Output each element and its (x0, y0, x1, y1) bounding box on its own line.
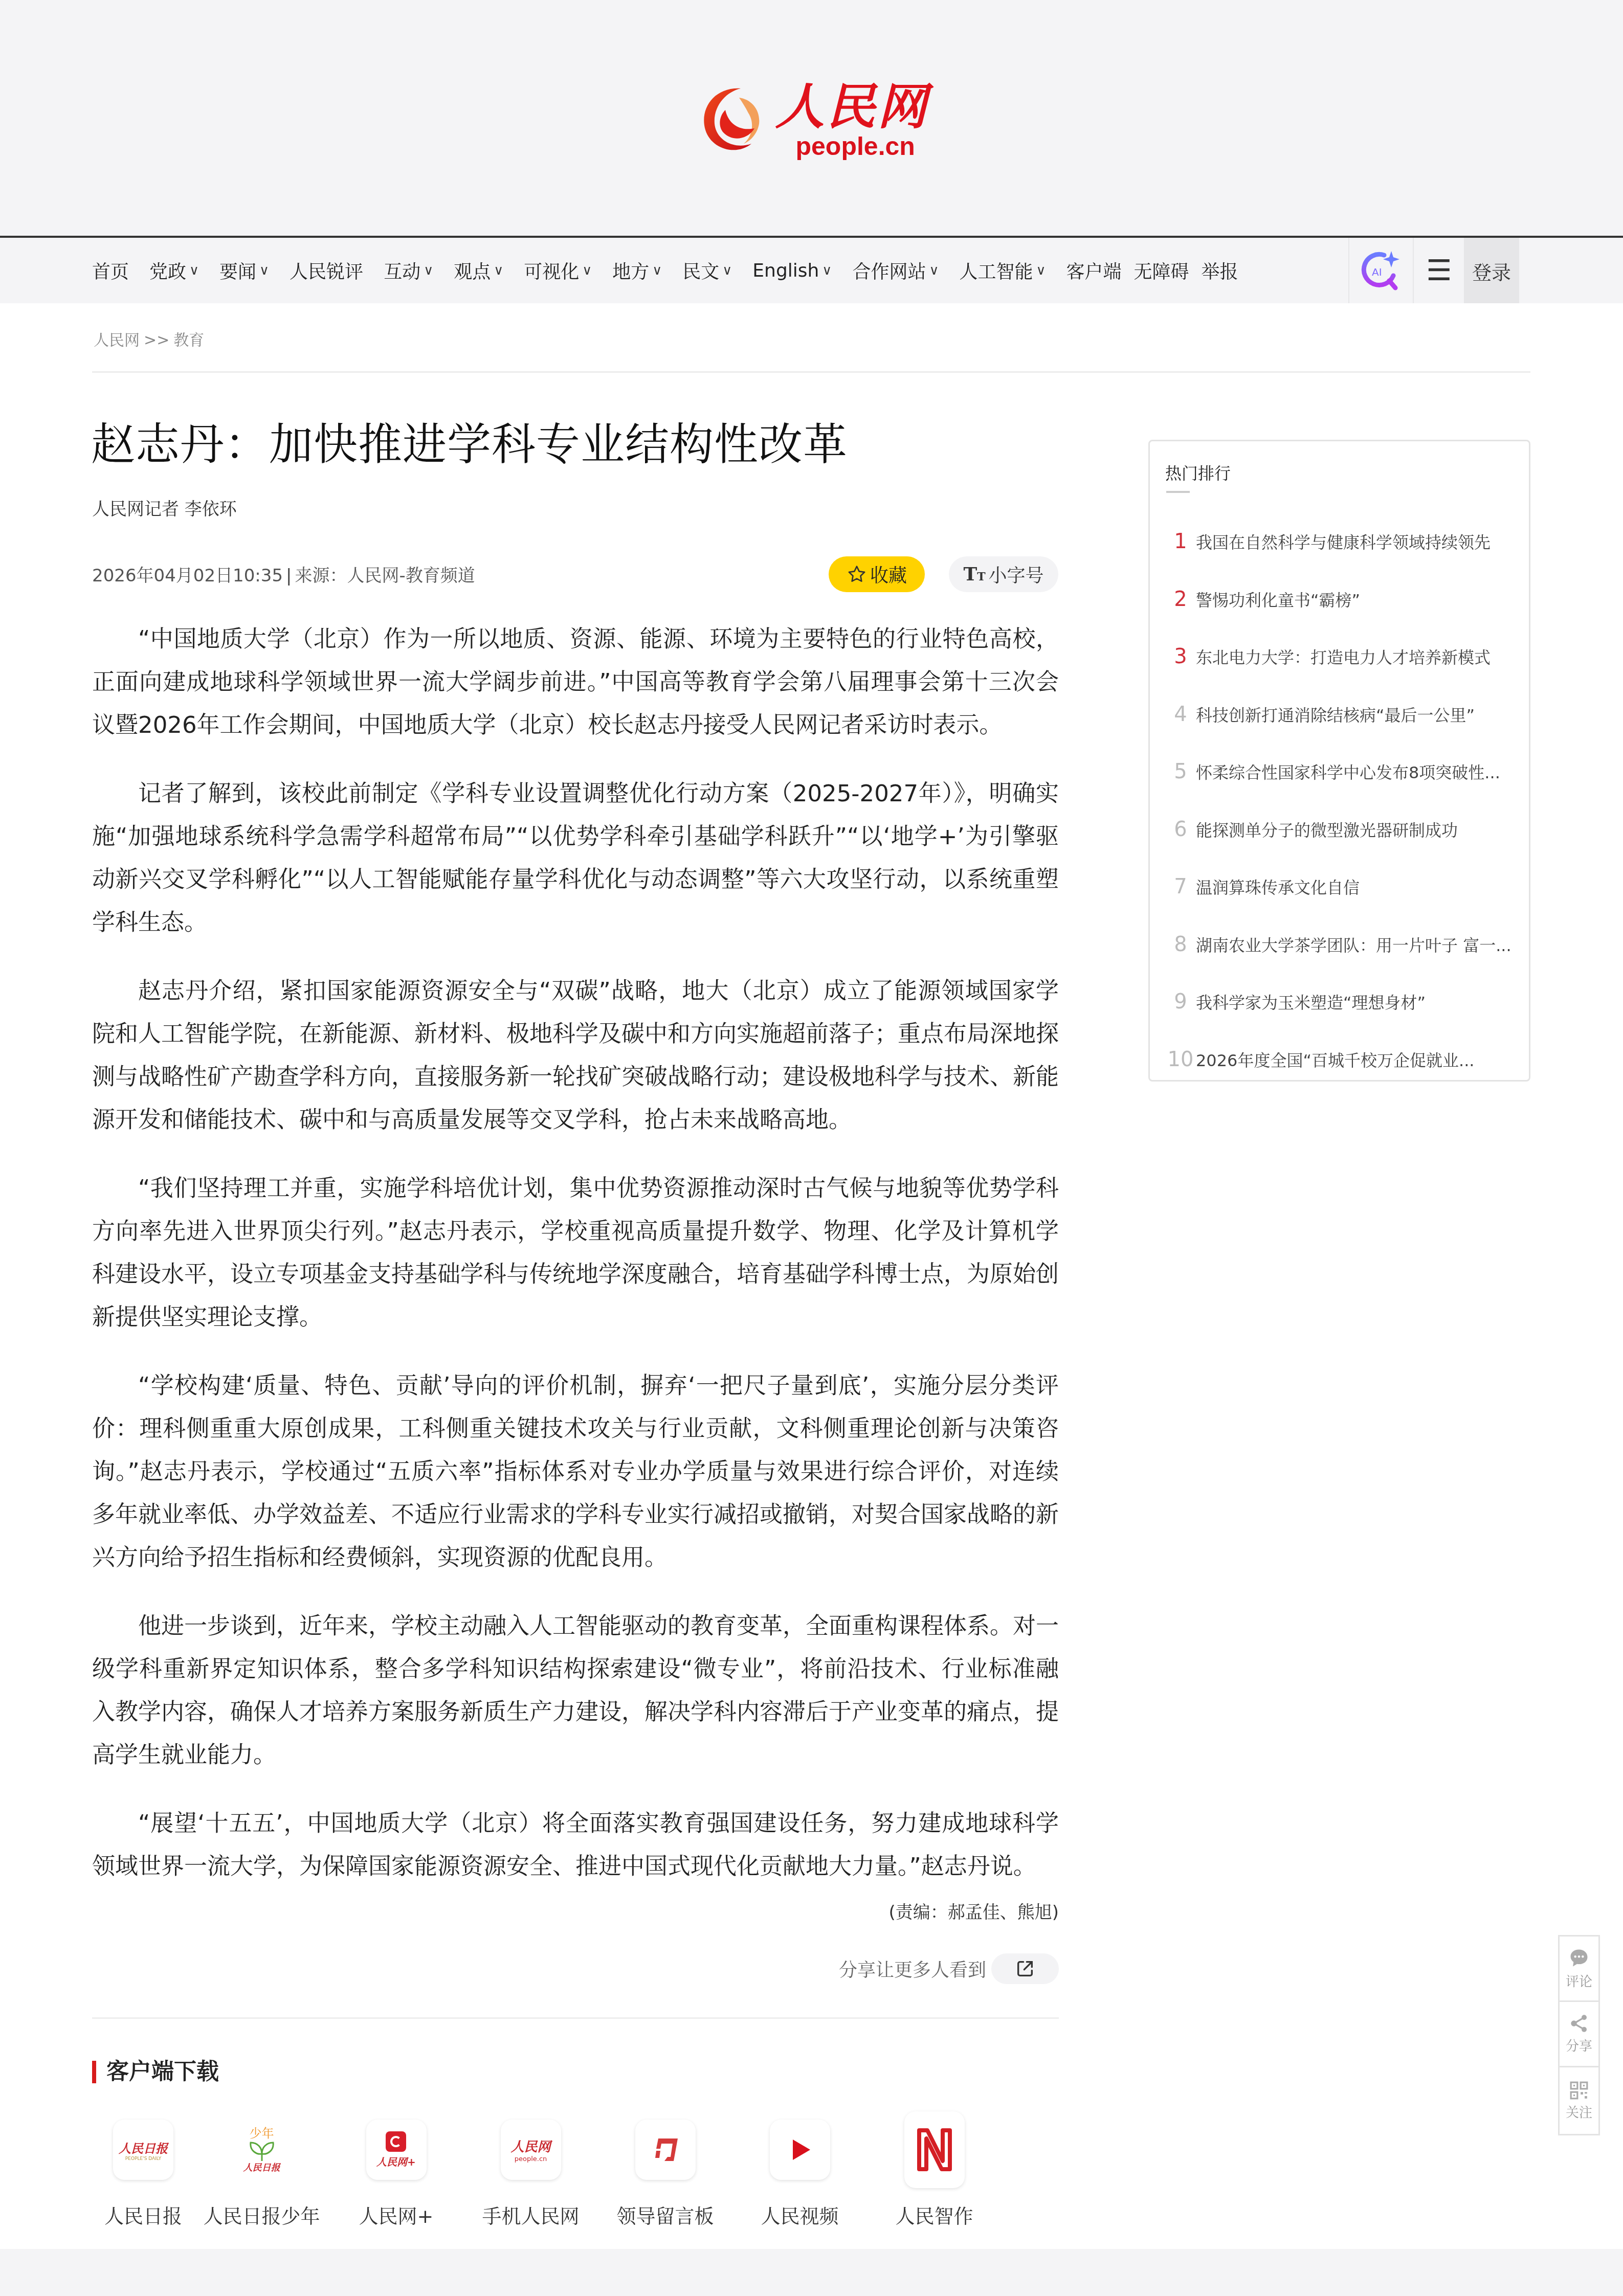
nav-item-home[interactable]: 首页 (92, 258, 129, 284)
nav-tools: AI ☰ 登录 (1348, 238, 1519, 303)
ai-search-button[interactable]: AI (1348, 238, 1413, 303)
nav-item-client[interactable]: 客户端 (1066, 258, 1121, 284)
chevron-down-icon: ∨ (189, 263, 199, 278)
nav-label: 合作网站 (852, 258, 926, 284)
nav-item-opinion[interactable]: 观点∨ (454, 258, 503, 284)
breadcrumb: 人民网>>教育 (94, 327, 204, 350)
breadcrumb-separator: >> (144, 331, 169, 349)
nav-label: 可视化 (524, 258, 579, 284)
qr-code-icon (1569, 2081, 1589, 2100)
hot-item[interactable]: 3东北电力大学：打造电力人才培养新模式 (1150, 628, 1529, 686)
nav-item-ethnic[interactable]: 民文∨ (682, 258, 732, 284)
people-ai-create-icon (904, 2111, 965, 2188)
follow-button[interactable]: 关注 (1560, 2067, 1598, 2134)
hot-ranking-title: 热门排行 (1165, 461, 1231, 484)
app-label: 人民智作 (895, 2200, 973, 2229)
sprout-icon (247, 2140, 277, 2162)
article-datetime: 2026年04月02日10:35 (92, 566, 283, 586)
hot-item[interactable]: 6能探测单分子的微型激光器研制成功 (1150, 801, 1529, 859)
rank-number: 5 (1165, 760, 1196, 783)
mobile-people-cn-icon: 人民网 people.cn (501, 2120, 561, 2180)
hot-ranking-panel: 热门排行 1我国在自然科学与健康科学领域持续领先 2警惕功利化童书“霸榜” 3东… (1148, 440, 1530, 1082)
hot-item[interactable]: 1我国在自然科学与健康科学领域持续领先 (1150, 513, 1529, 571)
app-label: 人民日报少年 (203, 2200, 320, 2229)
hot-item[interactable]: 102026年度全国“百城千校万企促就业... (1150, 1031, 1529, 1089)
icon-text: 人民网 (510, 2136, 550, 2155)
footer-band (0, 2249, 1623, 2296)
hot-item-title: 能探测单分子的微型激光器研制成功 (1196, 818, 1458, 841)
people-cn-plus-icon: 人民网+ (366, 2120, 427, 2180)
ai-search-icon: AI (1360, 249, 1403, 292)
nav-item-party-gov[interactable]: 党政∨ (149, 258, 199, 284)
nav-item-accessibility[interactable]: 无障碍 (1134, 258, 1189, 284)
hot-item-title: 温润算珠传承文化自信 (1196, 875, 1360, 898)
hot-ranking-list: 1我国在自然科学与健康科学领域持续领先 2警惕功利化童书“霸榜” 3东北电力大学… (1150, 513, 1529, 1088)
app-list: 人民日报 PEOPLE'S DAILY 人民日报 少年 人民日报 人民日报少年 (92, 2120, 1002, 2229)
chevron-down-icon: ∨ (822, 263, 832, 278)
chevron-down-icon: ∨ (582, 263, 592, 278)
hot-item[interactable]: 8湖南农业大学茶学团队：用一片叶子 富一... (1150, 916, 1529, 974)
people-daily-youth-icon: 少年 人民日报 (232, 2120, 292, 2180)
chevron-down-icon: ∨ (1036, 263, 1046, 278)
nav-item-headlines[interactable]: 要闻∨ (219, 258, 269, 284)
nav-label: 民文 (682, 258, 719, 284)
icon-text: 少年 (243, 2127, 280, 2140)
hot-item-title: 东北电力大学：打造电力人才培养新模式 (1196, 645, 1491, 668)
app-leader-message-board[interactable]: 领导留言板 (598, 2120, 732, 2229)
logo-chinese: 人民网 (775, 81, 929, 132)
hot-item-title: 警惕功利化童书“霸榜” (1196, 588, 1360, 611)
nav-label: 客户端 (1066, 258, 1121, 284)
article-paragraph: 他进一步谈到，近年来，学校主动融入人工智能驱动的教育变革，全面重构课程体系。对一… (92, 1605, 1059, 1776)
favorite-button[interactable]: 收藏 (829, 556, 925, 592)
nav-item-english[interactable]: English∨ (752, 260, 832, 281)
icon-text: people.cn (510, 2155, 550, 2163)
hot-item[interactable]: 4科技创新打通消除结核病“最后一公里” (1150, 686, 1529, 744)
article-paragraph: “我们坚持理工并重，实施学科培优计划，集中优势资源推动深时古气候与地貌等优势学科… (92, 1167, 1059, 1339)
nav-label: English (752, 260, 819, 281)
app-label: 人民视频 (761, 2200, 838, 2229)
nav-item-partners[interactable]: 合作网站∨ (852, 258, 939, 284)
breadcrumb-home[interactable]: 人民网 (94, 331, 140, 349)
chevron-down-icon: ∨ (929, 263, 939, 278)
rank-number: 2 (1165, 588, 1196, 611)
app-people-daily[interactable]: 人民日报 PEOPLE'S DAILY 人民日报 (92, 2120, 194, 2229)
comment-bubble-icon (1568, 1947, 1590, 1969)
divider (92, 371, 1530, 373)
nav-label: 地方 (612, 258, 649, 284)
app-mobile-people-cn[interactable]: 人民网 people.cn 手机人民网 (463, 2120, 598, 2229)
hot-item[interactable]: 5怀柔综合性国家科学中心发布8项突破性... (1150, 743, 1529, 801)
star-icon (847, 564, 867, 584)
rank-number: 3 (1165, 645, 1196, 668)
app-people-ai-create[interactable]: 人民智作 (867, 2120, 1002, 2229)
chevron-down-icon: ∨ (259, 263, 269, 278)
hot-item[interactable]: 9我科学家为玉米塑造“理想身材” (1150, 973, 1529, 1031)
menu-button[interactable]: ☰ (1413, 238, 1464, 303)
share-prompt: 分享让更多人看到 (839, 1956, 986, 1982)
hot-item-title: 我科学家为玉米塑造“理想身材” (1196, 990, 1426, 1014)
svg-text:AI: AI (1372, 266, 1382, 278)
rail-label: 分享 (1566, 2036, 1592, 2055)
message-board-glyph (649, 2133, 682, 2166)
nav-label: 人工智能 (959, 258, 1033, 284)
nav-label: 人民锐评 (290, 258, 363, 284)
nav-item-local[interactable]: 地方∨ (612, 258, 662, 284)
rank-number: 6 (1165, 818, 1196, 841)
nav-item-ai[interactable]: 人工智能∨ (959, 258, 1046, 284)
icon-text: 人民网+ (376, 2154, 416, 2169)
comment-button[interactable]: 评论 (1560, 1937, 1598, 2002)
masthead: 人民网 people.cn (0, 0, 1623, 238)
chevron-down-icon: ∨ (722, 263, 732, 278)
nav-item-report[interactable]: 举报 (1202, 258, 1238, 284)
app-people-video[interactable]: 人民视频 (732, 2120, 867, 2229)
meta-separator: | (286, 566, 292, 586)
article-paragraph: “中国地质大学（北京）作为一所以地质、资源、能源、环境为主要特色的行业特色高校，… (92, 618, 1059, 747)
article-paragraph: 记者了解到，该校此前制定《学科专业设置调整优化行动方案（2025-2027年）》… (92, 772, 1059, 944)
article-paragraph: “展望‘十五五’，中国地质大学（北京）将全面落实教育强国建设任务，努力建成地球科… (92, 1802, 1059, 1888)
nav-label: 举报 (1202, 258, 1238, 284)
article-source[interactable]: 人民网-教育频道 (347, 566, 475, 586)
icon-text: 人民日报 (119, 2139, 168, 2156)
breadcrumb-section[interactable]: 教育 (173, 331, 204, 349)
hot-item-title: 我国在自然科学与健康科学领域持续领先 (1196, 530, 1491, 553)
chevron-down-icon: ∨ (494, 263, 503, 278)
icon-text: PEOPLE'S DAILY (119, 2156, 168, 2162)
article-paragraph: 赵志丹介绍，紧扣国家能源资源安全与“双碳”战略，地大（北京）成立了能源领域国家学… (92, 970, 1059, 1141)
external-share-icon (1015, 1959, 1035, 1979)
font-size-icon: TT (963, 564, 985, 585)
hot-item[interactable]: 2警惕功利化童书“霸榜” (1150, 571, 1529, 628)
nav-label: 互动 (384, 258, 420, 284)
hot-item-title: 科技创新打通消除结核病“最后一公里” (1196, 703, 1475, 726)
rank-number: 4 (1165, 703, 1196, 726)
article-title: 赵志丹：加快推进学科专业结构性改革 (91, 409, 848, 472)
font-size-label: 小字号 (989, 561, 1044, 588)
hot-item-title: 2026年度全国“百城千校万企促就业... (1196, 1048, 1475, 1071)
app-download-title: 客户端下载 (92, 2061, 219, 2083)
font-size-button[interactable]: TT 小字号 (949, 556, 1058, 592)
login-label: 登录 (1472, 257, 1511, 285)
nav-label: 要闻 (219, 258, 256, 284)
article-meta: 2026年04月02日10:35|来源：人民网-教育频道 (92, 561, 475, 587)
play-icon (785, 2134, 815, 2165)
rank-number: 7 (1165, 875, 1196, 898)
icon-text: 人民日报 (243, 2164, 280, 2173)
rank-number: 1 (1165, 530, 1196, 553)
leader-message-board-icon (635, 2120, 696, 2180)
site-logo[interactable]: 人民网 people.cn (695, 81, 929, 160)
nav-item-commentary[interactable]: 人民锐评 (290, 258, 363, 284)
rank-number: 10 (1165, 1048, 1196, 1071)
nav-label: 首页 (92, 258, 129, 284)
share-nodes-icon (1569, 2013, 1589, 2034)
app-people-cn-plus[interactable]: 人民网+ 人民网+ (329, 2120, 463, 2229)
main-nav: 首页 党政∨ 要闻∨ 人民锐评 互动∨ 观点∨ 可视化∨ 地方∨ 民文∨ Eng… (0, 238, 1623, 303)
nav-item-visual[interactable]: 可视化∨ (524, 258, 592, 284)
logo-english: people.cn (796, 132, 915, 160)
article-paragraph: “学校构建‘质量、特色、贡献’导向的评价机制，摒弃‘一把尺子量到底’，实施分层分… (92, 1364, 1059, 1579)
nav-label: 无障碍 (1134, 258, 1189, 284)
article-body: “中国地质大学（北京）作为一所以地质、资源、能源、环境为主要特色的行业特色高校，… (92, 618, 1059, 1914)
floating-action-rail: 评论 分享 关注 (1558, 1935, 1600, 2135)
rail-label: 评论 (1566, 1971, 1592, 1990)
rail-label: 关注 (1566, 2102, 1592, 2121)
share-side-button[interactable]: 分享 (1560, 2002, 1598, 2067)
nav-item-interaction[interactable]: 互动∨ (384, 258, 433, 284)
app-label: 手机人民网 (482, 2200, 579, 2229)
app-label: 人民网+ (359, 2200, 434, 2229)
people-video-icon (770, 2120, 830, 2180)
nav-label: 观点 (454, 258, 491, 284)
hot-item-title: 怀柔综合性国家科学中心发布8项突破性... (1196, 760, 1500, 783)
hot-item-title: 湖南农业大学茶学团队：用一片叶子 富一... (1196, 933, 1511, 956)
share-row: 分享让更多人看到 (839, 1953, 1059, 1984)
n-logo-glyph (914, 2125, 955, 2174)
people-daily-icon: 人民日报 PEOPLE'S DAILY (113, 2120, 173, 2180)
app-label: 领导留言板 (616, 2200, 714, 2229)
chevron-down-icon: ∨ (652, 263, 662, 278)
share-button[interactable] (991, 1953, 1059, 1984)
rank-number: 8 (1165, 933, 1196, 956)
chevron-down-icon: ∨ (424, 263, 433, 278)
nav-label: 党政 (149, 258, 186, 284)
people-cn-logo-icon (695, 82, 771, 159)
login-button[interactable]: 登录 (1464, 238, 1519, 303)
rank-number: 9 (1165, 990, 1196, 1014)
app-label: 人民日报 (104, 2200, 182, 2229)
hamburger-icon: ☰ (1426, 254, 1452, 287)
article-byline: 人民网记者 李依环 (92, 495, 237, 520)
source-label: 来源： (295, 566, 347, 586)
divider (92, 2017, 1059, 2019)
app-people-daily-youth[interactable]: 少年 人民日报 人民日报少年 (194, 2120, 329, 2229)
title-underline (1166, 491, 1190, 493)
hot-item[interactable]: 7温润算珠传承文化自信 (1150, 858, 1529, 916)
favorite-label: 收藏 (870, 561, 907, 588)
editor-credit: (责编：郝孟佳、熊旭) (888, 1898, 1059, 1923)
